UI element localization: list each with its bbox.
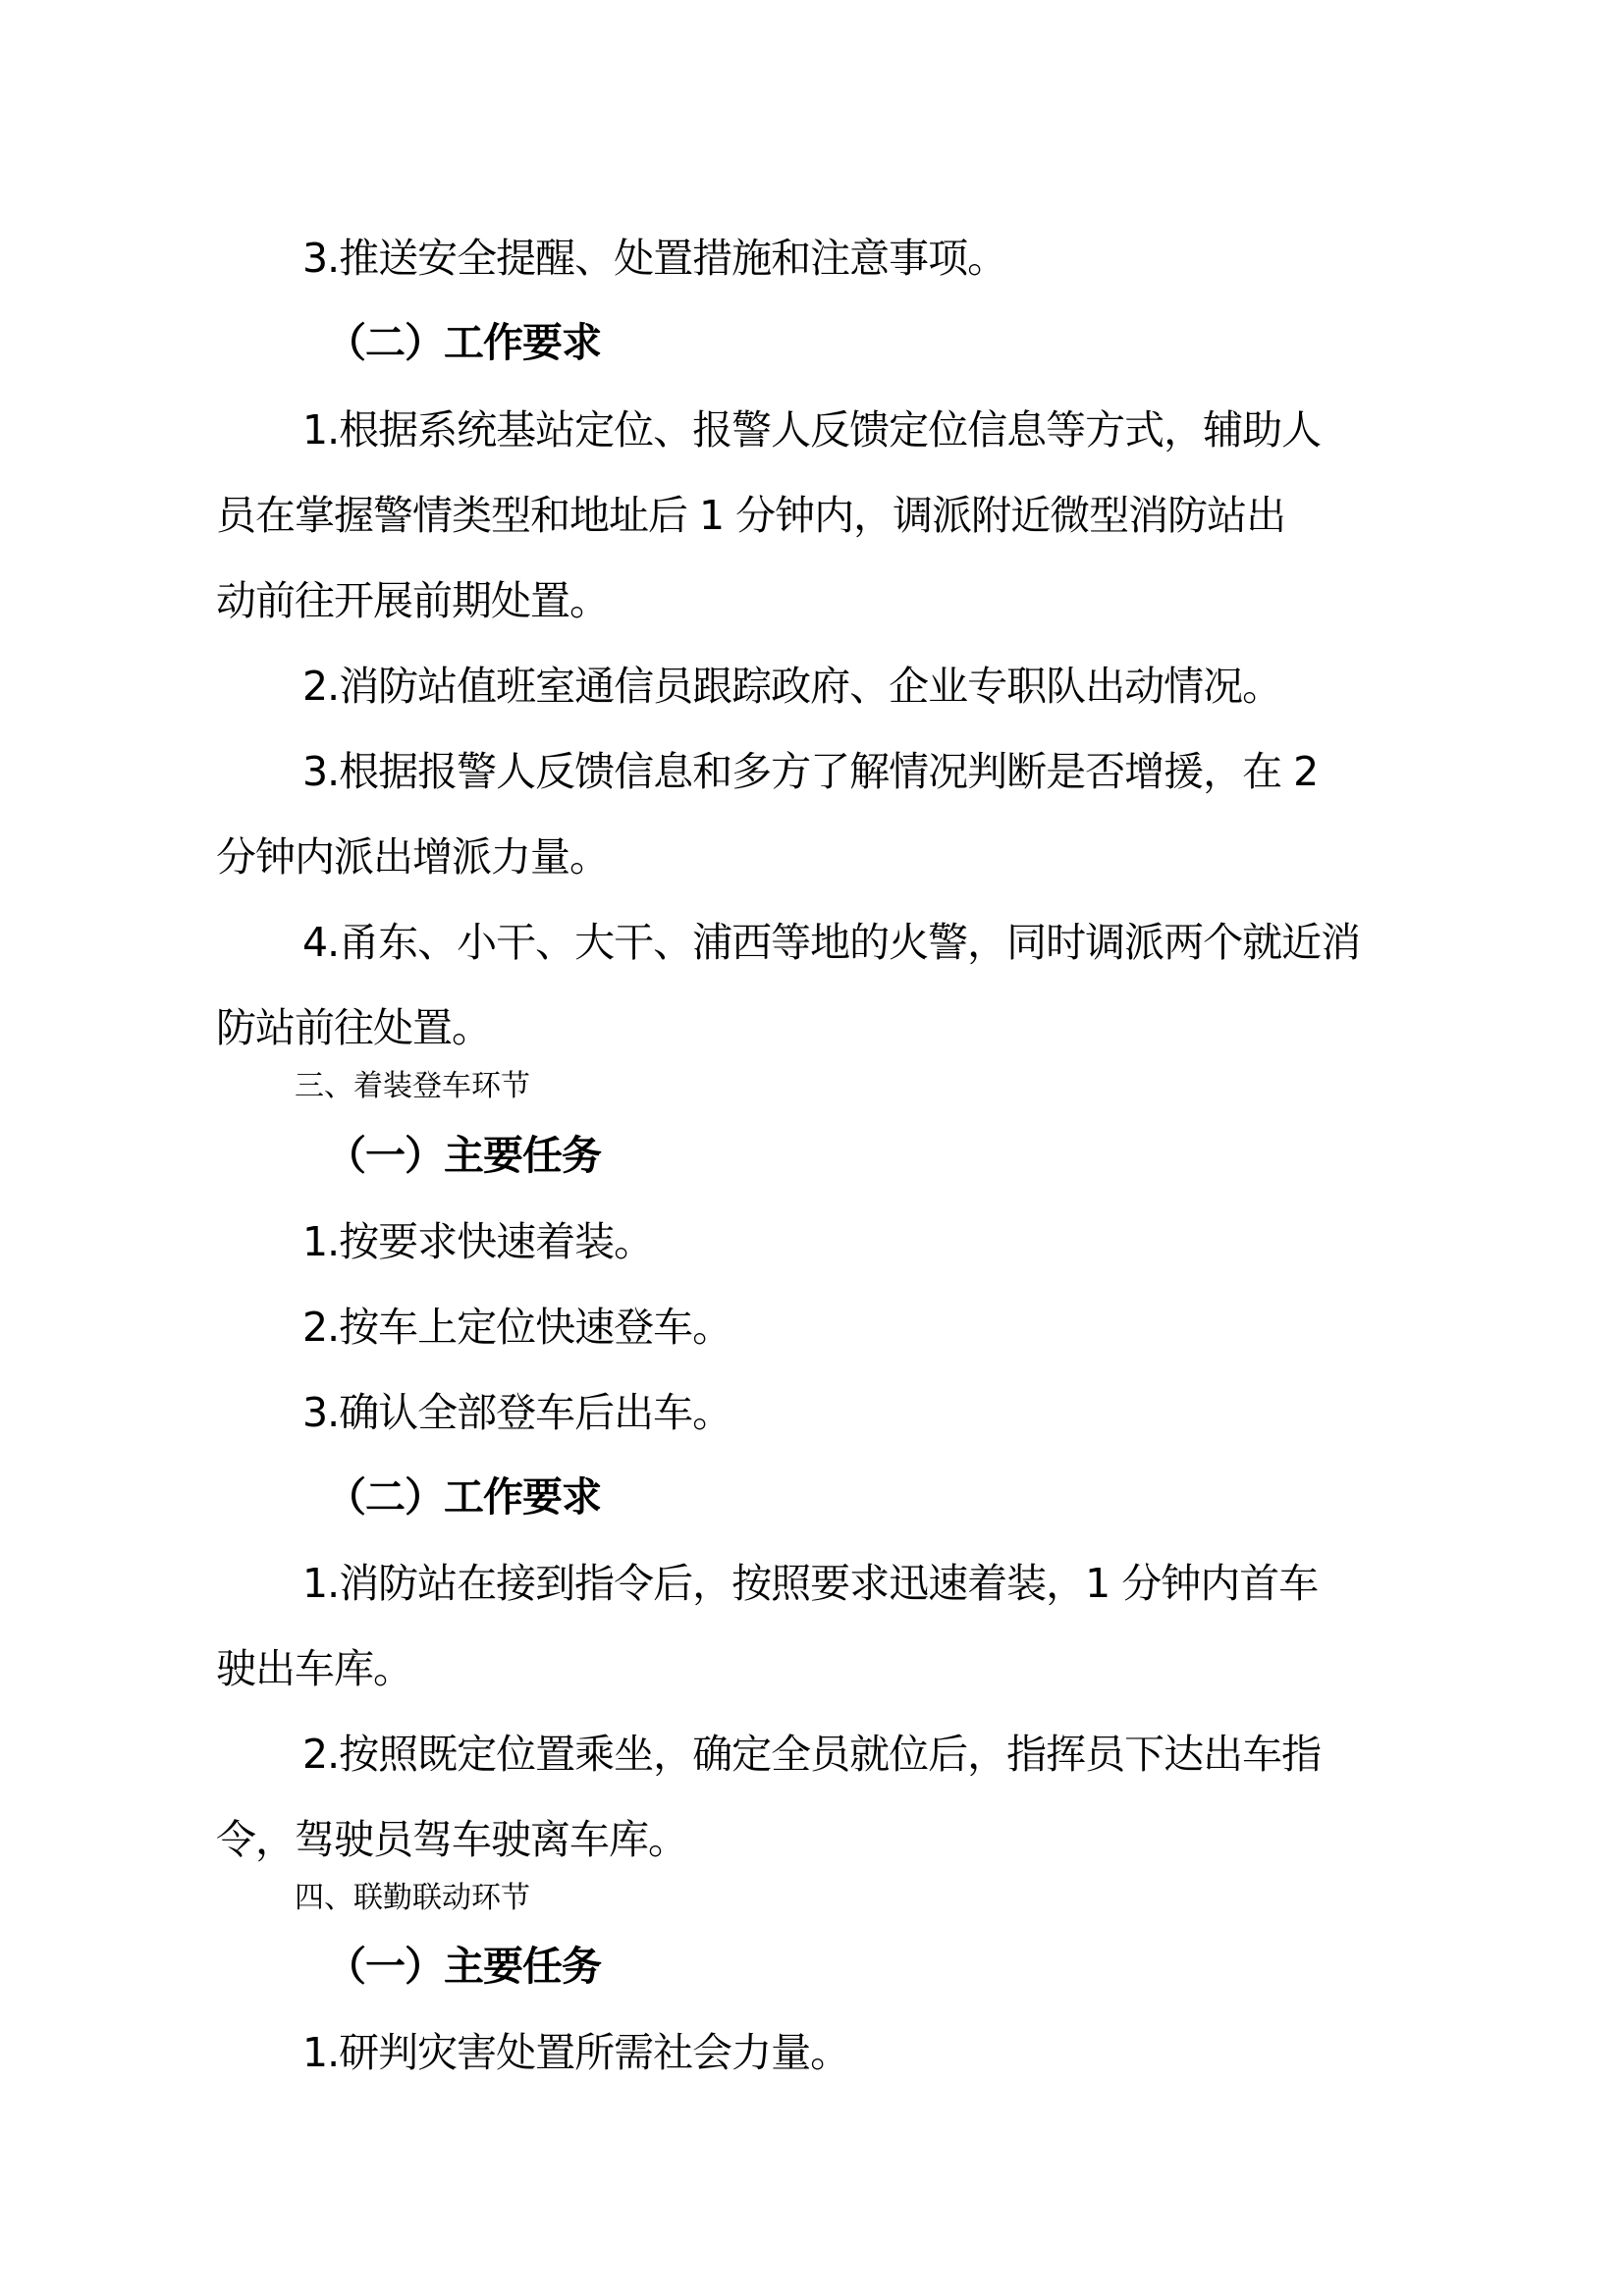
section-heading-dress-boarding: 三、着装登车环节 [295,1067,530,1106]
list-item-dispatch-location-line1: 1.根据系统基站定位、报警人反馈定位信息等方式，辅助人 [302,405,1321,454]
list-item-dispatch-location-line3: 动前往开展前期处置。 [216,576,609,625]
list-item-seating-line2: 令，驾驶员驾车驶离车库。 [216,1815,687,1864]
list-item-dual-dispatch-line2: 防站前往处置。 [216,1003,491,1052]
list-item-push-safety-reminders: 3.推送安全提醒、处置措施和注意事项。 [302,234,1006,283]
document-page: 3.推送安全提醒、处置措施和注意事项。 （二）工作要求 1.根据系统基站定位、报… [0,0,1624,2296]
subheading-work-requirements: （二）工作要求 [326,318,601,367]
list-item-reinforcement-line2: 分钟内派出增派力量。 [216,832,609,881]
list-item-track-dispatch: 2.消防站值班室通信员跟踪政府、企业专职队出动情况。 [302,662,1281,711]
subheading-main-tasks-2: （一）主要任务 [326,1942,601,1991]
list-item-reinforcement-line1: 3.根据报警人反馈信息和多方了解情况判断是否增援，在 2 [302,747,1318,796]
list-item-dispatch-location-line2: 员在掌握警情类型和地址后 1 分钟内，调派附近微型消防站出 [216,491,1285,540]
list-item-seating-line1: 2.按照既定位置乘坐，确定全员就位后，指挥员下达出车指 [302,1730,1321,1779]
list-item-first-vehicle-line1: 1.消防站在接到指令后，按照要求迅速着装，1 分钟内首车 [302,1559,1318,1608]
list-item-confirm-depart: 3.确认全部登车后出车。 [302,1388,731,1437]
list-item-first-vehicle-line2: 驶出车库。 [216,1644,412,1693]
list-item-dual-dispatch-line1: 4.甬东、小干、大干、浦西等地的火警，同时调派两个就近消 [302,918,1360,967]
subheading-main-tasks: （一）主要任务 [326,1131,601,1180]
list-item-dress-quickly: 1.按要求快速着装。 [302,1217,653,1266]
section-heading-joint-linkage: 四、联勤联动环节 [295,1879,530,1918]
list-item-board-quickly: 2.按车上定位快速登车。 [302,1303,731,1352]
list-item-assess-social-forces: 1.研判灾害处置所需社会力量。 [302,2028,849,2077]
subheading-work-requirements-2: （二）工作要求 [326,1472,601,1522]
